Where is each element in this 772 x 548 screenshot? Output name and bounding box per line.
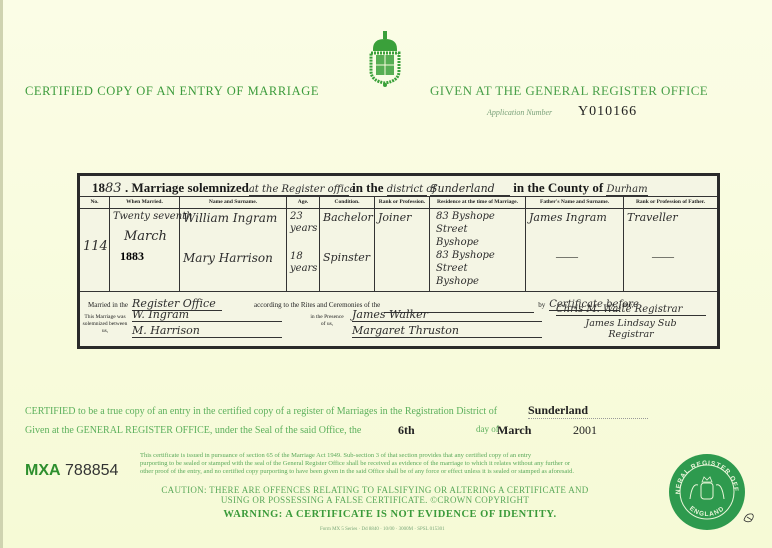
col-name: Name and Surname. William Ingram Mary Ha… — [180, 197, 287, 291]
legal-note-2: purporting to be sealed or stamped with … — [140, 460, 570, 467]
issue-day: 6th — [398, 423, 415, 438]
certified-district: Sunderland — [528, 403, 648, 419]
groom-father: James Ingram — [529, 211, 620, 224]
register-footer: Married in the Register Office according… — [80, 290, 717, 346]
county-label: in the County of — [513, 180, 603, 195]
register-entry: 1883. Marriage solemnizedat the Register… — [77, 173, 720, 349]
col-when-married: When Married. Twenty seventh March 1883 — [110, 197, 180, 291]
bride-residence: 83 Byshope Street Byshope — [436, 249, 513, 288]
legal-note-3: other proof of the entry, and no certifi… — [140, 468, 574, 475]
register-table: No. 114 When Married. Twenty seventh Mar… — [80, 196, 717, 292]
bride-signature: M. Harrison — [132, 324, 282, 338]
application-number-label: Application Number — [487, 108, 552, 117]
year-handwritten: 83 — [105, 181, 125, 197]
groom-residence: 83 Byshope Street Byshope — [436, 210, 513, 249]
deputy-registrar-signature: James Lindsay Sub Registrar — [576, 318, 686, 340]
col-condition: Condition. Bachelor Spinster — [320, 197, 375, 291]
page-edge — [0, 0, 3, 548]
col-header: Condition. — [320, 197, 374, 209]
presence-label: in the Presence of us, — [310, 314, 344, 328]
groom-father-rank: Traveller — [627, 211, 714, 224]
certification-line-1: CERTIFIED to be a true copy of an entry … — [25, 406, 497, 417]
registrar-signature: Chris M. Waite Registrar — [556, 304, 706, 316]
issue-month: March — [497, 423, 531, 438]
serial-number: MXA 788854 — [25, 462, 118, 480]
application-number: Y010166 — [578, 104, 637, 120]
bride-father-rank: —— — [652, 251, 714, 263]
col-header: Age. — [287, 197, 319, 209]
col-residence: Residence at the time of Marriage. 83 By… — [430, 197, 526, 291]
bride-father: —— — [556, 251, 620, 263]
groom-condition: Bachelor — [323, 211, 371, 224]
col-header: Rank or Profession of Father. — [624, 197, 717, 209]
identity-warning: WARNING: A CERTIFICATE IS NOT EVIDENCE O… — [200, 509, 580, 520]
legal-note-1: This certificate is issued in pursuance … — [140, 452, 531, 459]
witness-1-signature: James Walker — [352, 308, 542, 322]
witness-2-signature: Margaret Thruston — [352, 324, 542, 338]
district-label: district of — [387, 184, 427, 196]
day-of-label: day of — [476, 424, 499, 434]
married-in-label: Married in the — [88, 301, 128, 309]
county-value: Durham — [606, 184, 648, 196]
in-the-label: in the — [352, 180, 383, 195]
groom-rank: Joiner — [378, 211, 426, 224]
col-no: No. 114 — [80, 197, 110, 291]
bride-condition: Spinster — [323, 251, 371, 264]
col-header: Residence at the time of Marriage. — [430, 197, 525, 209]
entry-number: 114 — [83, 239, 106, 254]
bride-age: 18 years — [290, 251, 316, 275]
issue-year: 2001 — [573, 423, 597, 438]
when-month: March — [124, 229, 176, 244]
col-header: Rank or Profession. — [375, 197, 429, 209]
certificate-page: CERTIFIED COPY OF AN ENTRY OF MARRIAGE G… — [0, 0, 772, 548]
solemnized-place: at the Register office — [249, 184, 349, 196]
col-header: When Married. — [110, 197, 179, 209]
register-heading: 1883. Marriage solemnizedat the Register… — [92, 180, 648, 197]
bride-name: Mary Harrison — [183, 251, 283, 265]
col-age: Age. 23 years 18 years — [287, 197, 320, 291]
clerk-initials-mark — [742, 512, 756, 524]
col-header: Name and Surname. — [180, 197, 286, 209]
when-day: Twenty seventh — [113, 211, 176, 222]
royal-crest-icon — [368, 31, 402, 87]
col-rank: Rank or Profession. Joiner — [375, 197, 430, 291]
district-value: Sunderland — [430, 182, 510, 196]
when-year: 1883 — [120, 249, 176, 264]
caution-notice: CAUTION: THERE ARE OFFENCES RELATING TO … — [160, 485, 590, 505]
col-header: No. — [80, 197, 109, 209]
serial-digits: 788854 — [65, 462, 118, 479]
issuing-office: GIVEN AT THE GENERAL REGISTER OFFICE — [430, 83, 708, 99]
marriage-solemnized-label: . Marriage solemnized — [125, 180, 249, 195]
form-reference: Form MX 5 Series · Dd 8840 · 10/00 · 300… — [320, 527, 445, 532]
solemnized-between-label: This Marriage was solemnized between us, — [82, 314, 128, 335]
certification-line-2: Given at the GENERAL REGISTER OFFICE, un… — [25, 425, 361, 436]
certificate-title: CERTIFIED COPY OF AN ENTRY OF MARRIAGE — [25, 84, 319, 99]
col-father-name: Father's Name and Surname. James Ingram … — [526, 197, 624, 291]
col-header: Father's Name and Surname. — [526, 197, 623, 209]
year-prefix: 18 — [92, 180, 105, 195]
serial-prefix: MXA — [25, 462, 61, 479]
groom-name: William Ingram — [183, 211, 283, 225]
groom-signature: W. Ingram — [132, 308, 282, 322]
col-father-rank: Rank or Profession of Father. Traveller … — [624, 197, 717, 291]
groom-age: 23 years — [290, 211, 316, 235]
general-register-office-seal-icon: GENERAL REGISTER OFFICE ENGLAND — [668, 453, 746, 531]
